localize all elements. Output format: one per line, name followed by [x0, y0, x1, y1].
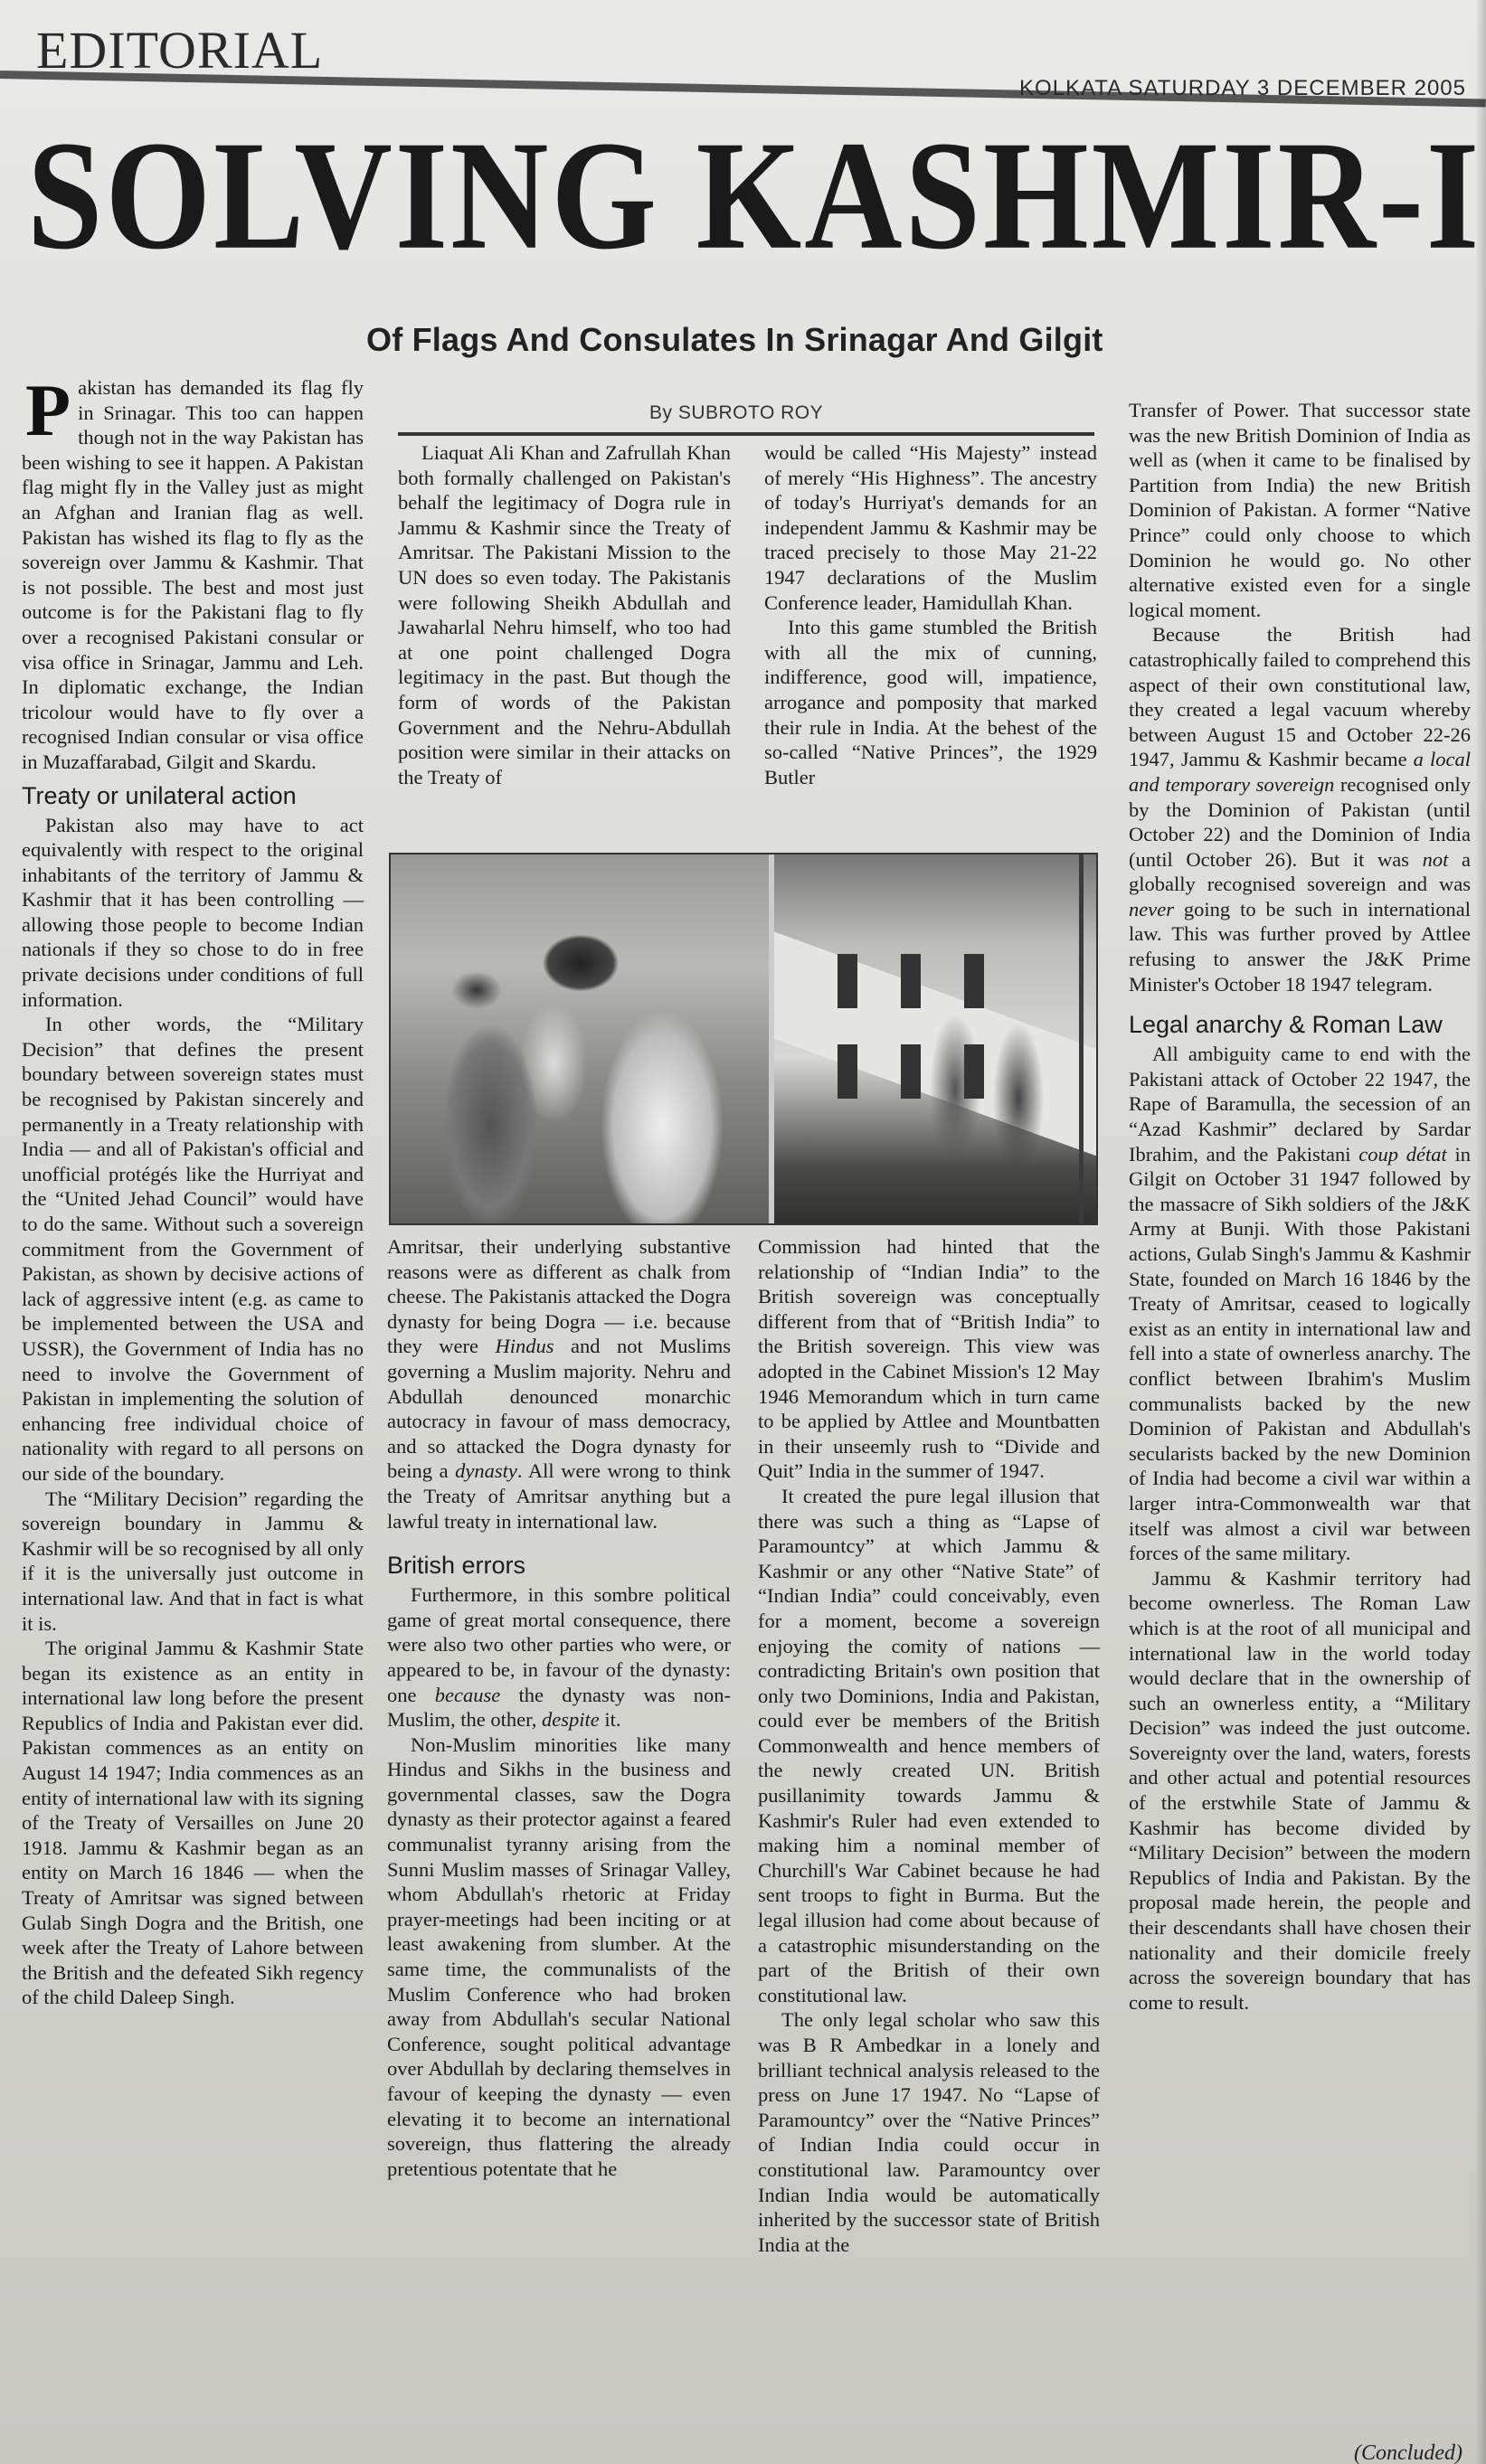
column-3-top: would be called “His Majesty” instead of… [764, 440, 1097, 789]
subheadline: Of Flags And Consulates In Srinagar And … [366, 321, 1103, 359]
flagpole-shape [1079, 854, 1084, 1223]
column-2-top: Liaquat Ali Khan and Zafrullah Khan both… [398, 440, 731, 789]
column-1: Pakistan has demanded its flag fly in Sr… [22, 375, 364, 2010]
paragraph: Because the British had catastrophically… [1129, 622, 1471, 996]
paragraph: In other words, the “Military Decision” … [22, 1012, 364, 1486]
paragraph: The only legal scholar who saw this was … [758, 2007, 1100, 2257]
paragraph: Jammu & Kashmir territory had become own… [1129, 1566, 1471, 2016]
paragraph: It created the pure legal illusion that … [758, 1484, 1100, 2007]
headline: SOLVING KASHMIR-III [27, 118, 1474, 274]
paragraph: Transfer of Power. That successor state … [1129, 398, 1471, 622]
paragraph: All ambiguity came to end with the Pakis… [1129, 1042, 1471, 1565]
lead-paragraph: Pakistan has demanded its flag fly in Sr… [22, 375, 364, 775]
paragraph: would be called “His Majesty” instead of… [764, 440, 1097, 615]
paragraph: The “Military Decision” regarding the so… [22, 1487, 364, 1637]
paragraph: Liaquat Ali Khan and Zafrullah Khan both… [398, 440, 731, 789]
paragraph: Amritsar, their underlying substantive r… [387, 1234, 731, 1534]
paragraph: Non-Muslim minorities like many Hindus a… [387, 1732, 731, 2182]
drop-cap: P [25, 381, 71, 440]
subheading-treaty: Treaty or unilateral action [22, 780, 364, 811]
crowd-photo-image [391, 854, 769, 1223]
paragraph: Pakistan also may have to act equivalent… [22, 813, 364, 1013]
byline: By SUBROTO ROY [649, 402, 823, 424]
byline-rule [398, 432, 1094, 436]
paragraph: Furthermore, in this sombre political ga… [387, 1582, 731, 1732]
column-2-bottom: Amritsar, their underlying substantive r… [387, 1234, 731, 2181]
page-edge-shadow [1475, 0, 1486, 2464]
concluded-note: (Concluded) [1354, 2441, 1462, 2464]
newspaper-page: EDITORIAL KOLKATA SATURDAY 3 DECEMBER 20… [0, 0, 1486, 2464]
photo-pair [389, 853, 1098, 1225]
paragraph: Commission had hinted that the relations… [758, 1234, 1100, 1484]
column-3-bottom: Commission had hinted that the relations… [758, 1234, 1100, 2257]
subheading-british-errors: British errors [387, 1550, 731, 1581]
dateline: KOLKATA SATURDAY 3 DECEMBER 2005 [1019, 76, 1466, 101]
subheading-legal-anarchy: Legal anarchy & Roman Law [1129, 1009, 1471, 1040]
building-photo-image [774, 854, 1096, 1223]
paragraph: Into this game stumbled the British with… [764, 615, 1097, 789]
column-4: Transfer of Power. That successor state … [1129, 398, 1471, 2015]
paragraph: The original Jammu & Kashmir State began… [22, 1636, 364, 2010]
